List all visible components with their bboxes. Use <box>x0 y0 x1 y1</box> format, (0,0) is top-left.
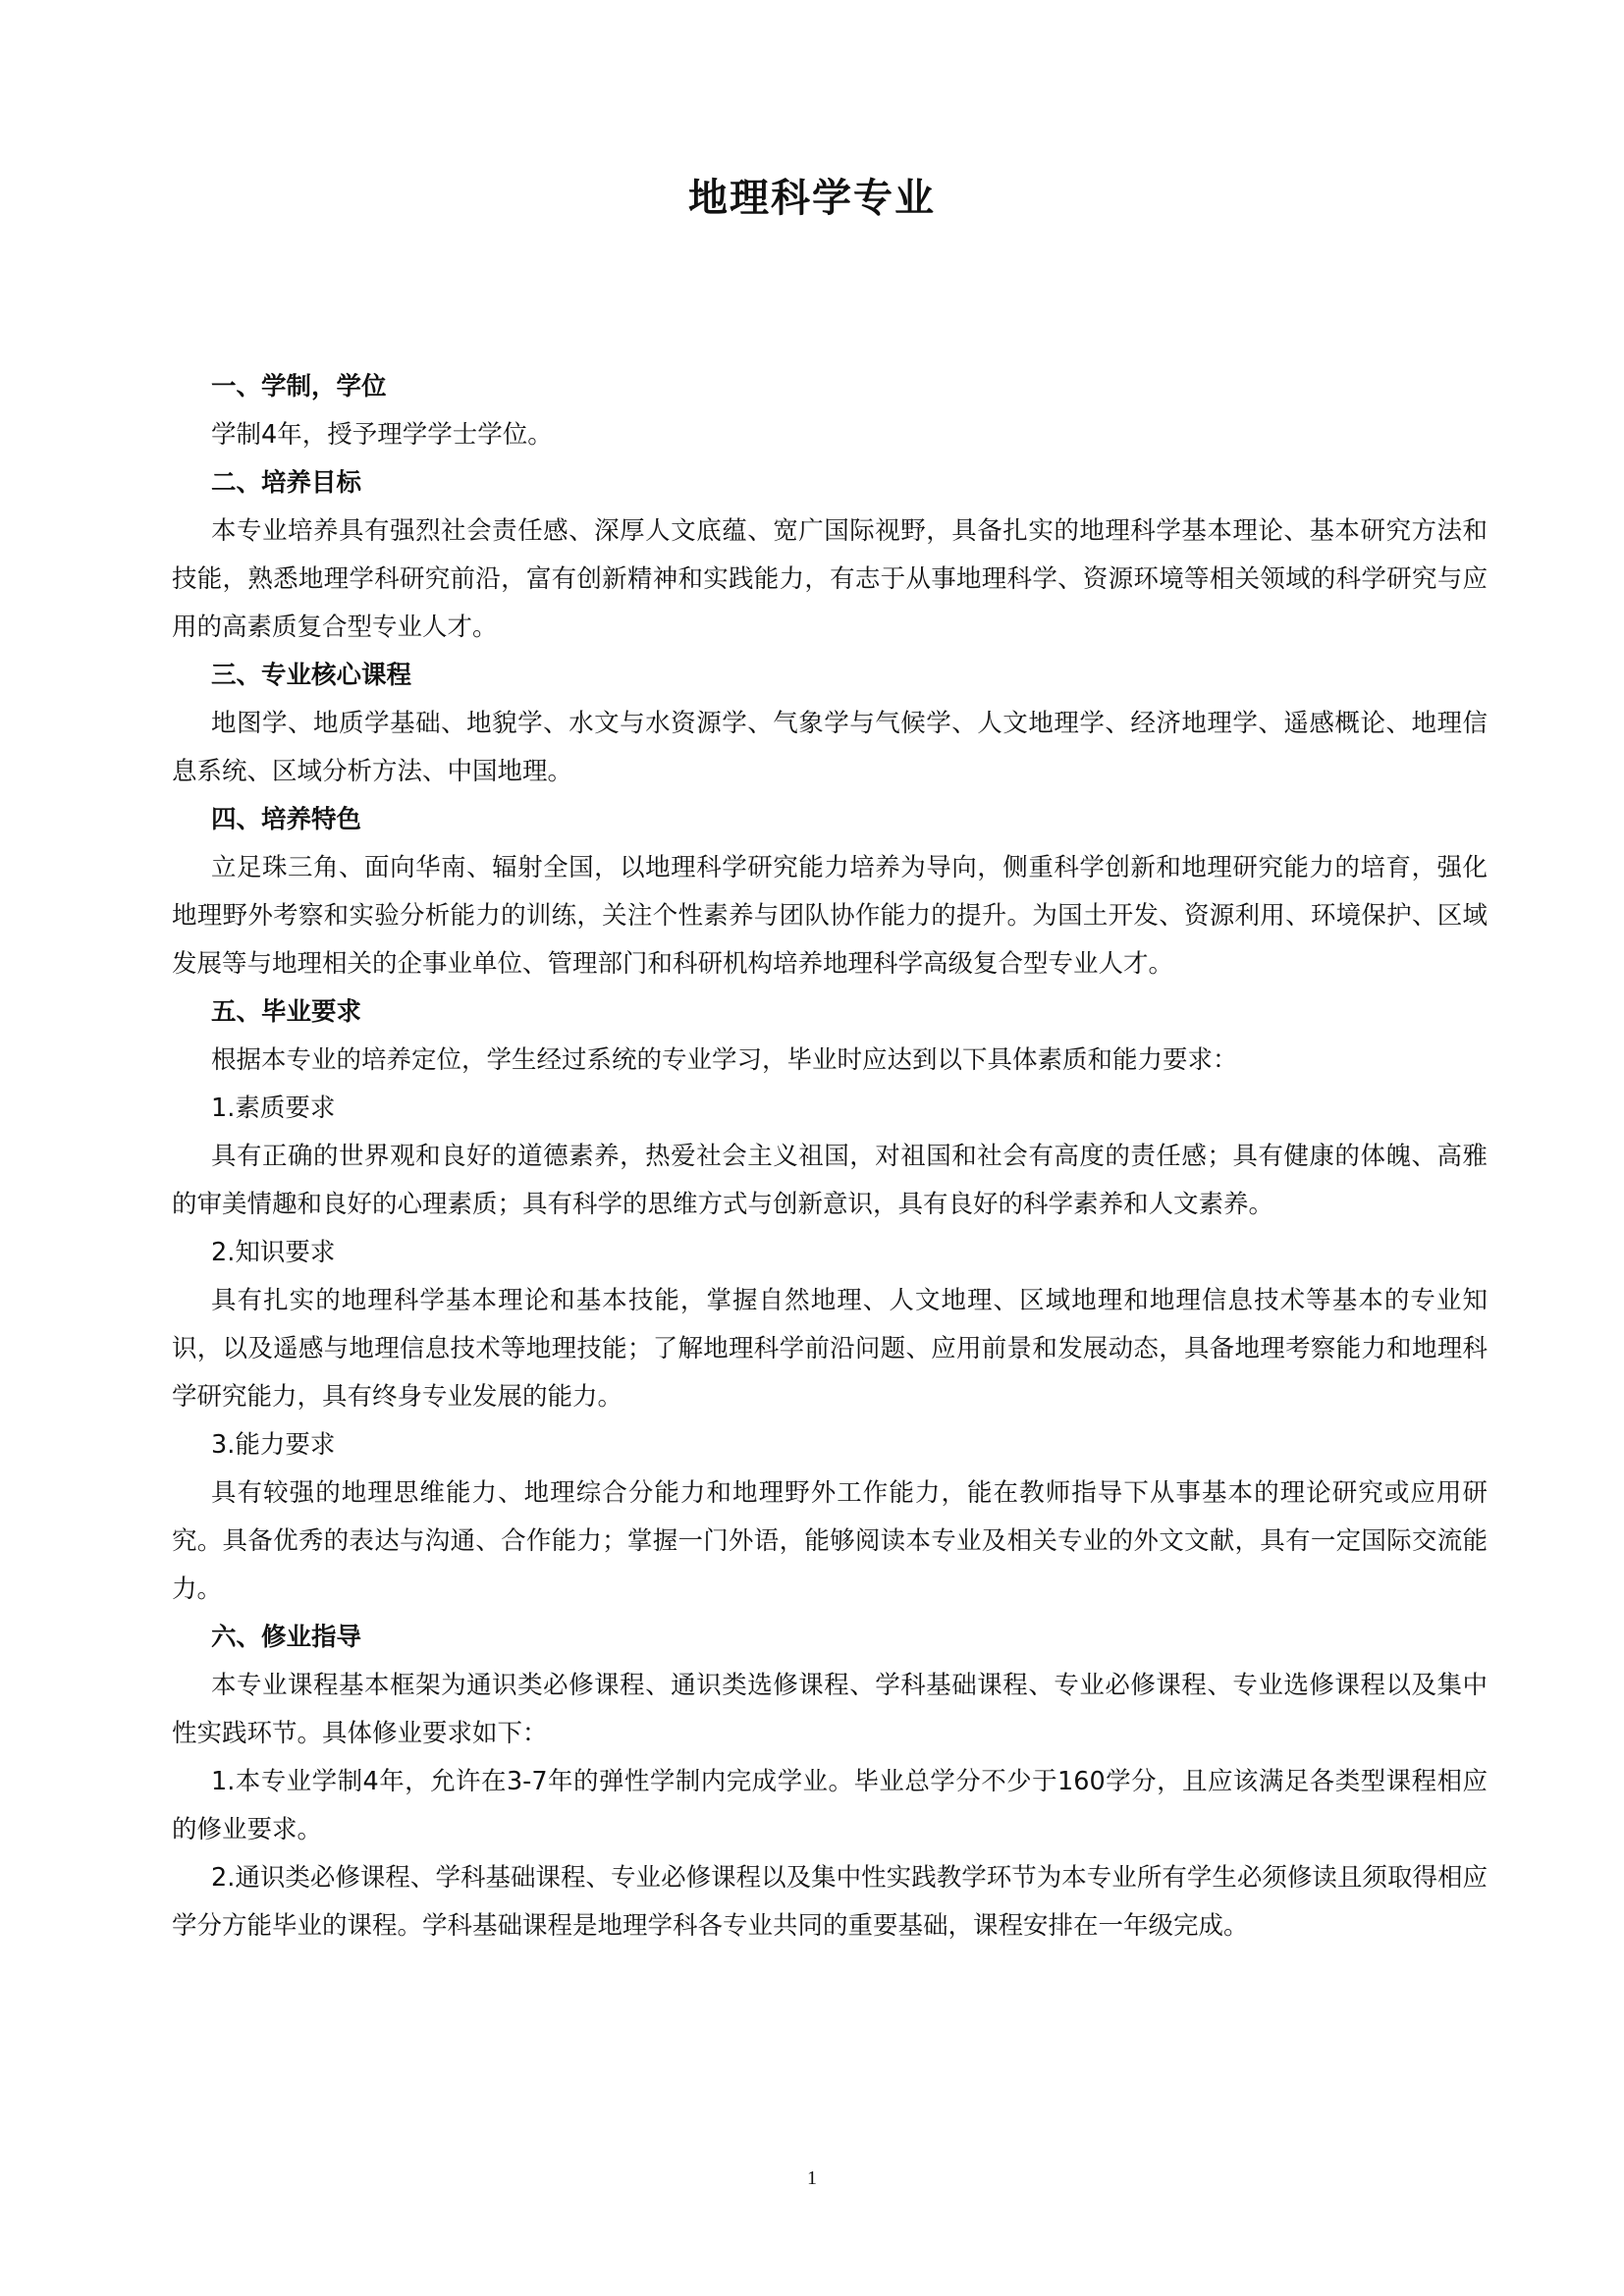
document-body: 一、学制，学位 学制4年，授予理学学士学位。 二、培养目标 本专业培养具有强烈社… <box>172 363 1488 1950</box>
document-page: 地理科学专业 一、学制，学位 学制4年，授予理学学士学位。 二、培养目标 本专业… <box>0 0 1624 2296</box>
paragraph: 具有较强的地理思维能力、地理综合分能力和地理野外工作能力，能在教师指导下从事基本… <box>172 1469 1488 1614</box>
paragraph: 具有扎实的地理科学基本理论和基本技能，掌握自然地理、人文地理、区域地理和地理信息… <box>172 1277 1488 1421</box>
page-title: 地理科学专业 <box>0 167 1624 223</box>
section-heading-graduation-requirements: 五、毕业要求 <box>172 988 1488 1037</box>
subsection-label: 3.能力要求 <box>172 1421 1488 1469</box>
paragraph: 根据本专业的培养定位，学生经过系统的专业学习，毕业时应达到以下具体素质和能力要求… <box>172 1037 1488 1085</box>
section-heading-duration-degree: 一、学制，学位 <box>172 363 1488 411</box>
paragraph: 具有正确的世界观和良好的道德素养，热爱社会主义祖国，对祖国和社会有高度的责任感；… <box>172 1133 1488 1229</box>
section-heading-study-guidance: 六、修业指导 <box>172 1614 1488 1662</box>
paragraph: 学制4年，授予理学学士学位。 <box>172 411 1488 459</box>
section-heading-core-courses: 三、专业核心课程 <box>172 652 1488 700</box>
paragraph: 立足珠三角、面向华南、辐射全国，以地理科学研究能力培养为导向，侧重科学创新和地理… <box>172 844 1488 988</box>
subsection-label: 1.素质要求 <box>172 1085 1488 1133</box>
subsection-label: 2.知识要求 <box>172 1229 1488 1277</box>
section-heading-features: 四、培养特色 <box>172 796 1488 844</box>
paragraph: 本专业课程基本框架为通识类必修课程、通识类选修课程、学科基础课程、专业必修课程、… <box>172 1662 1488 1758</box>
paragraph: 地图学、地质学基础、地貌学、水文与水资源学、气象学与气候学、人文地理学、经济地理… <box>172 700 1488 796</box>
page-number: 1 <box>0 2167 1624 2190</box>
paragraph: 1.本专业学制4年，允许在3-7年的弹性学制内完成学业。毕业总学分不少于160学… <box>172 1758 1488 1854</box>
paragraph: 2.通识类必修课程、学科基础课程、专业必修课程以及集中性实践教学环节为本专业所有… <box>172 1854 1488 1950</box>
section-heading-objectives: 二、培养目标 <box>172 459 1488 507</box>
paragraph: 本专业培养具有强烈社会责任感、深厚人文底蕴、宽广国际视野，具备扎实的地理科学基本… <box>172 507 1488 652</box>
